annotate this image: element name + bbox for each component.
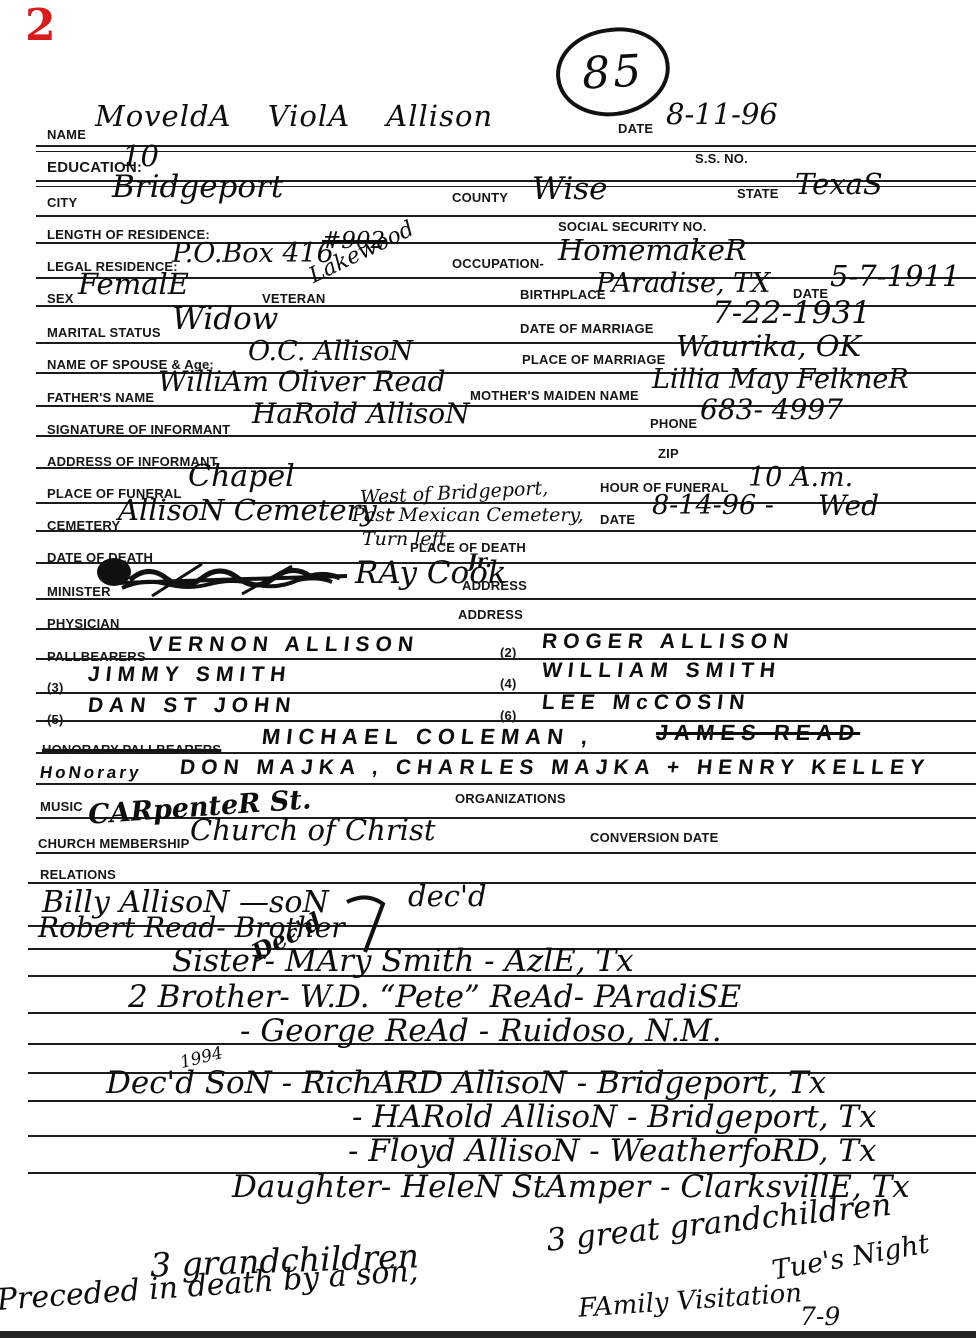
marital-status-label: MARITAL STATUS xyxy=(47,326,161,339)
signature-of-informant-label: SIGNATURE OF INFORMANT xyxy=(47,423,230,436)
informant-signature-value: HaRold AllisoN xyxy=(252,400,470,428)
pallbearer-3: JIMMY SMITH xyxy=(87,664,293,685)
funeral-record-scan: 2 85 NAME MoveldA ViolA Allison DATE 8-1… xyxy=(0,0,976,1338)
scribbled-out-name xyxy=(92,556,357,604)
pallbearer-2: ROGER ALLISON xyxy=(541,631,795,652)
date-label: DATE xyxy=(618,122,653,135)
birthplace-value: PAradise, TX xyxy=(596,270,770,297)
ruled-line xyxy=(28,882,976,884)
hour-of-funeral-value: 10 A.m. xyxy=(748,464,853,491)
ruled-line xyxy=(36,145,976,152)
music-label: MUSIC xyxy=(40,800,83,813)
mothers-maiden-name-value: Lillia May FelkneR xyxy=(652,366,909,393)
church-membership-label: CHURCH MEMBERSHIP xyxy=(38,837,189,850)
visitation-hours-note: 7-9 xyxy=(800,1304,840,1329)
relation-son-richard: Dec'd SoN - RichARD AllisoN - Bridgeport… xyxy=(106,1068,826,1099)
relation-son-billy-note: dec'd xyxy=(408,882,487,911)
sex-value: FemalE xyxy=(78,270,189,299)
pallbearer-4-number: (4) xyxy=(500,677,517,690)
physician-address-label: ADDRESS xyxy=(458,608,523,621)
place-of-funeral-value: Chapel xyxy=(188,462,295,492)
church-membership-value: Church of Christ xyxy=(190,816,436,845)
state-label: STATE xyxy=(737,187,779,200)
minister-address-label: ADDRESS xyxy=(462,579,527,592)
ruled-line xyxy=(36,783,976,785)
name-value: MoveldA ViolA Allison xyxy=(95,102,493,131)
pallbearer-3-number: (3) xyxy=(47,681,64,694)
funeral-date-value: 8-14-96 - xyxy=(652,492,774,519)
ss-no-label: S.S. NO. xyxy=(695,152,748,165)
circled-record-number: 85 xyxy=(551,21,675,122)
pallbearer-1: VERNON ALLISON xyxy=(147,634,420,655)
family-visitation-note: FAmily Visitation xyxy=(577,1280,802,1322)
funeral-date-label: DATE xyxy=(600,513,635,526)
county-label: COUNTY xyxy=(452,191,508,204)
place-of-marriage-value: Waurika, OK xyxy=(676,332,861,361)
spouse-value: O.C. AllisoN xyxy=(248,338,413,365)
honorary-handwritten-label: HoNorary xyxy=(39,764,143,781)
relation-son-floyd: - Floyd AllisoN - WeatherfoRD, Tx xyxy=(348,1136,876,1167)
ruled-line xyxy=(36,852,976,854)
phone-value: 683- 4997 xyxy=(700,396,843,424)
funeral-day-value: Wed xyxy=(818,492,879,520)
pallbearer-6-number: (6) xyxy=(500,709,517,722)
ruled-line xyxy=(36,628,976,630)
organizations-label: ORGANIZATIONS xyxy=(455,792,566,805)
city-value: Bridgeport xyxy=(112,172,283,203)
relation-son-harold: - HARold AllisoN - Bridgeport, Tx xyxy=(352,1102,877,1133)
page-corner-number: 2 xyxy=(25,4,56,48)
fathers-name-label: FATHER'S NAME xyxy=(47,391,154,404)
scan-edge-strip xyxy=(0,1331,976,1338)
occupation-label: OCCUPATION- xyxy=(452,257,544,270)
name-label: NAME xyxy=(47,128,86,141)
county-value: Wise xyxy=(532,174,608,205)
cemetery-label: CEMETERY xyxy=(47,519,120,532)
marital-status-value: Widow xyxy=(172,304,278,335)
record-number: 85 xyxy=(581,45,646,99)
pallbearers-label: PALLBEARERS xyxy=(47,650,146,663)
phone-label: PHONE xyxy=(650,417,697,430)
physician-label: PHYSICIAN xyxy=(47,617,120,630)
visitation-night-note: Tue's Night xyxy=(770,1230,931,1284)
state-value: TexaS xyxy=(795,170,883,199)
social-security-label: SOCIAL SECURITY NO. xyxy=(558,220,707,233)
birthplace-label: BIRTHPLACE xyxy=(520,288,606,301)
relation-brother-george: - George ReAd - Ruidoso, N.M. xyxy=(240,1016,722,1047)
honorary-pallbearer-1: MICHAEL COLEMAN , xyxy=(261,726,595,748)
education-value: 10 xyxy=(122,142,159,171)
minister-suffix: Jr. xyxy=(468,552,492,571)
place-of-marriage-label: PLACE OF MARRIAGE xyxy=(522,353,666,366)
relations-label: RELATIONS xyxy=(40,868,116,881)
zip-label: ZIP xyxy=(658,447,679,460)
pallbearer-5-number: (5) xyxy=(47,713,64,726)
date-of-marriage-value: 7-22-1931 xyxy=(712,298,871,329)
relation-sister-mary: Sister- MAry Smith - AzlE, Tx xyxy=(172,946,634,977)
ruled-line xyxy=(36,215,976,217)
honorary-pallbearer-crossed: JAMES READ xyxy=(655,722,862,744)
pallbearer-5: DAN ST JOHN xyxy=(87,695,298,716)
fathers-name-value: WilliAm Oliver Read xyxy=(158,368,446,396)
pallbearer-4: WILLIAM SMITH xyxy=(541,660,782,681)
pallbearer-6: LEE McCOSIN xyxy=(541,692,752,713)
date-of-marriage-label: DATE OF MARRIAGE xyxy=(520,322,654,335)
birth-date-value: 5-7-1911 xyxy=(830,262,960,291)
conversion-date-label: CONVERSION DATE xyxy=(590,831,718,844)
relation-brother-pete: 2 Brother- W.D. “Pete” ReAd- PAradiSE xyxy=(128,982,741,1013)
ruled-line xyxy=(36,530,976,532)
city-label: CITY xyxy=(47,196,77,209)
mothers-maiden-name-label: MOTHER'S MAIDEN NAME xyxy=(470,389,639,402)
pallbearer-2-number: (2) xyxy=(500,646,517,659)
cemetery-directions-line2: Past Mexican Cemetery, xyxy=(352,506,584,525)
sex-label: SEX xyxy=(47,292,74,305)
occupation-value: HomemakeR xyxy=(558,236,747,265)
honorary-pallbearers-label-crossed: HONORARY PALLBEARERS xyxy=(42,743,221,756)
date-value: 8-11-96 xyxy=(666,100,778,129)
honorary-pallbearers-2: DON MAJKA , CHARLES MAJKA + HENRY KELLEY xyxy=(179,757,931,778)
